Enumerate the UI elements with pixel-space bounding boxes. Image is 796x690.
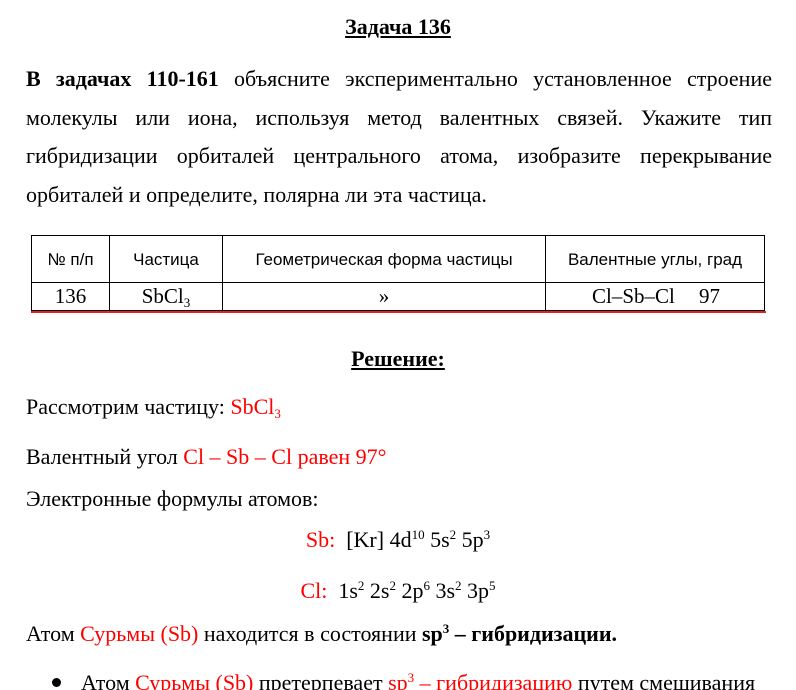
header-number: № п/п xyxy=(32,236,110,283)
solution-heading: Решение: xyxy=(0,346,796,372)
list-item: Атом Сурьмы (Sb) претерпевает sp3 – гибр… xyxy=(52,670,755,690)
header-angles: Валентные углы, град xyxy=(546,236,765,283)
angle-highlight: Cl – Sb – Cl равен 97° xyxy=(183,444,386,469)
cell-angle: Cl–Sb–Cl 97 xyxy=(546,283,765,311)
cell-shape: » xyxy=(223,283,546,311)
cell-particle: SbCl3 xyxy=(110,283,223,311)
cl-formula: Cl: 1s2 2s2 2p6 3s2 3p5 xyxy=(0,578,796,604)
task-title: Задача 136 xyxy=(0,14,796,40)
header-shape: Геометрическая форма частицы xyxy=(223,236,546,283)
angle-line: Валентный угол Cl – Sb – Cl равен 97° xyxy=(26,444,386,470)
angle-value: 97 xyxy=(699,284,720,309)
bullet-icon xyxy=(52,678,61,687)
task-table: № п/п Частица Геометрическая форма части… xyxy=(31,235,765,311)
cell-number: 136 xyxy=(32,283,110,311)
particle-highlight: SbCl3 xyxy=(230,394,281,419)
hybridization-state: Атом Сурьмы (Sb) находится в состоянии s… xyxy=(26,621,617,647)
formulas-label: Электронные формулы атомов: xyxy=(26,486,319,512)
header-particle: Частица xyxy=(110,236,223,283)
angle-label: Cl–Sb–Cl xyxy=(592,284,675,309)
sb-formula: Sb: [Kr] 4d10 5s2 5p3 xyxy=(0,527,796,553)
table-row: 136 SbCl3 » Cl–Sb–Cl 97 xyxy=(32,283,765,311)
task-range: В задачах 110-161 xyxy=(26,66,219,91)
consider-line: Рассмотрим частицу: SbCl3 xyxy=(26,394,281,420)
red-underline xyxy=(31,311,766,313)
task-statement: В задачах 110-161 объясните эксперимента… xyxy=(26,60,772,214)
